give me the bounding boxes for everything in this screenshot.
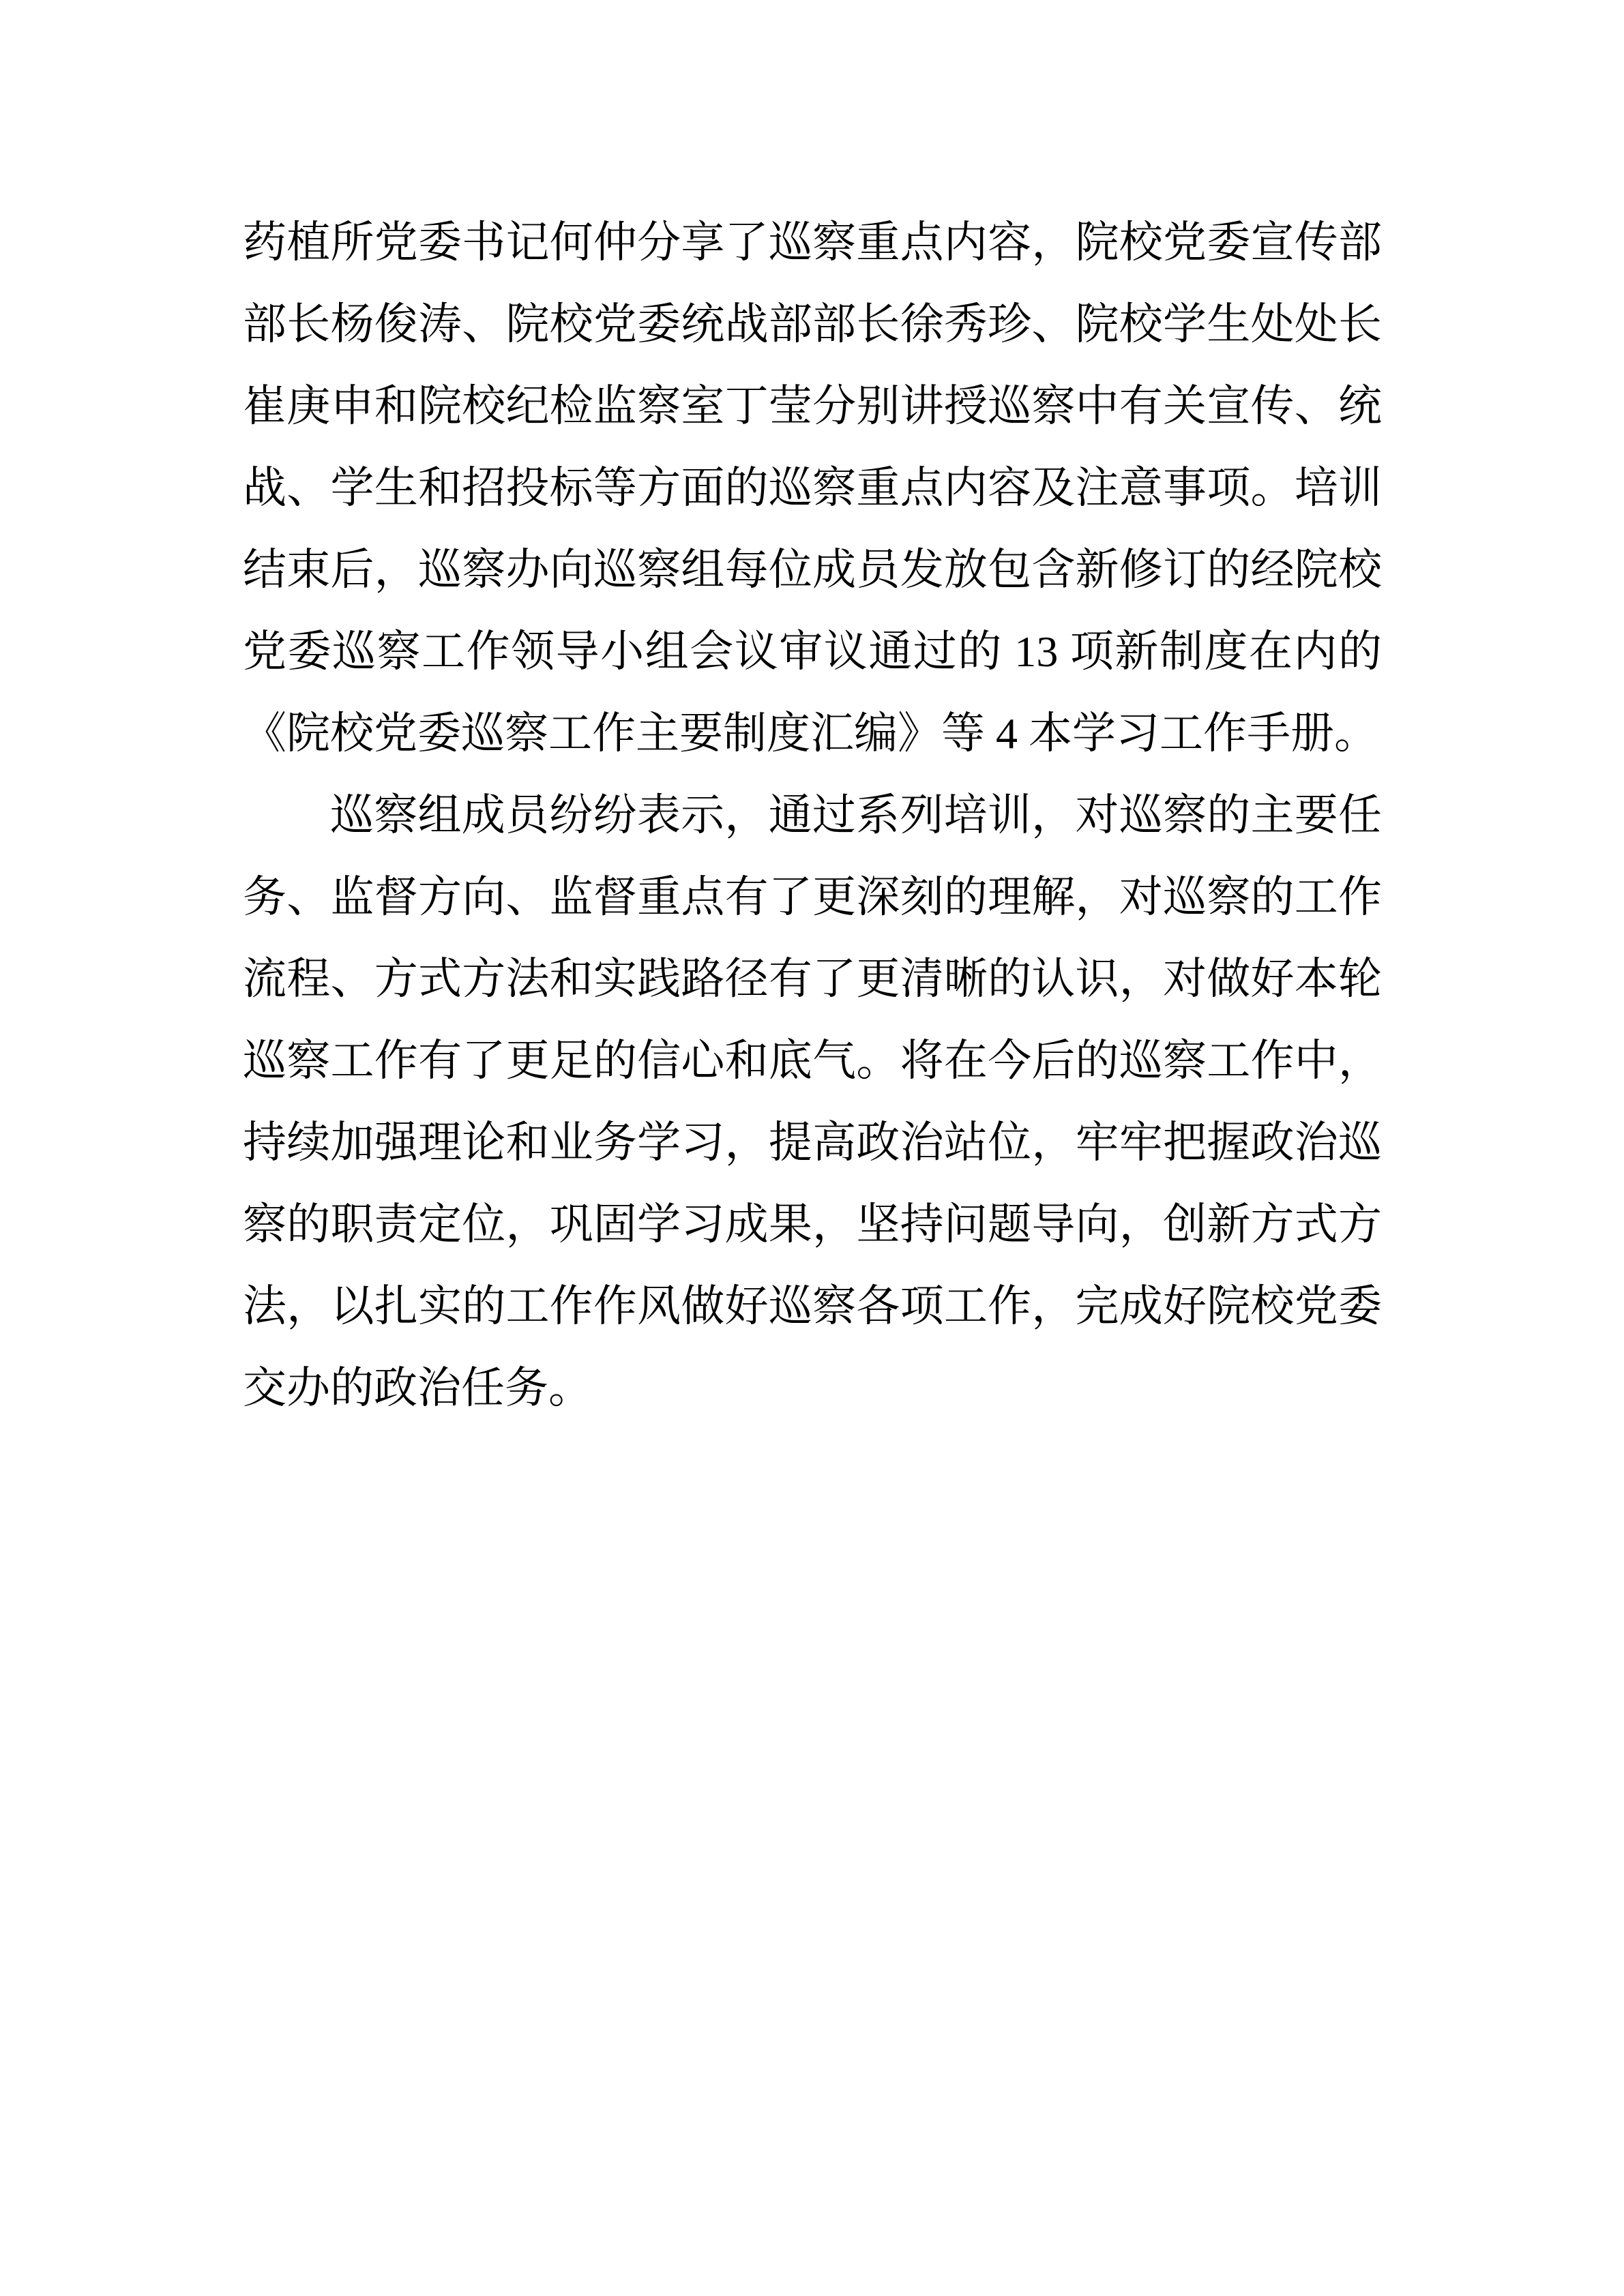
text-line: 党委巡察工作领导小组会议审议通过的 13 项新制度在内的 [243,611,1382,693]
text-line: 药植所党委书记何仲分享了巡察重点内容，院校党委宣传部 [243,202,1382,284]
text-line: 交办的政治任务。 [243,1347,1382,1429]
document-page: 药植所党委书记何仲分享了巡察重点内容，院校党委宣传部 部长杨俊涛、院校党委统战部… [0,0,1624,2296]
document-text-block: 药植所党委书记何仲分享了巡察重点内容，院校党委宣传部 部长杨俊涛、院校党委统战部… [243,202,1382,1429]
text-line: 结束后，巡察办向巡察组每位成员发放包含新修订的经院校 [243,529,1382,611]
text-line: 《院校党委巡察工作主要制度汇编》等 4 本学习工作手册。 [243,693,1382,775]
text-line: 法，以扎实的工作作风做好巡察各项工作，完成好院校党委 [243,1266,1382,1347]
text-line: 持续加强理论和业务学习，提高政治站位，牢牢把握政治巡 [243,1102,1382,1184]
paragraph-1: 药植所党委书记何仲分享了巡察重点内容，院校党委宣传部 部长杨俊涛、院校党委统战部… [243,202,1382,775]
text-line: 务、监督方向、监督重点有了更深刻的理解，对巡察的工作 [243,856,1382,938]
text-line: 崔庚申和院校纪检监察室丁莹分别讲授巡察中有关宣传、统 [243,366,1382,447]
text-line: 察的职责定位，巩固学习成果，坚持问题导向，创新方式方 [243,1184,1382,1266]
text-line: 部长杨俊涛、院校党委统战部部长徐秀珍、院校学生处处长 [243,284,1382,366]
text-line: 巡察组成员纷纷表示，通过系列培训，对巡察的主要任 [243,775,1382,856]
text-line: 流程、方式方法和实践路径有了更清晰的认识，对做好本轮 [243,938,1382,1020]
text-line: 巡察工作有了更足的信心和底气。将在今后的巡察工作中， [243,1020,1382,1102]
text-line: 战、学生和招投标等方面的巡察重点内容及注意事项。培训 [243,447,1382,529]
paragraph-2: 巡察组成员纷纷表示，通过系列培训，对巡察的主要任 务、监督方向、监督重点有了更深… [243,775,1382,1429]
